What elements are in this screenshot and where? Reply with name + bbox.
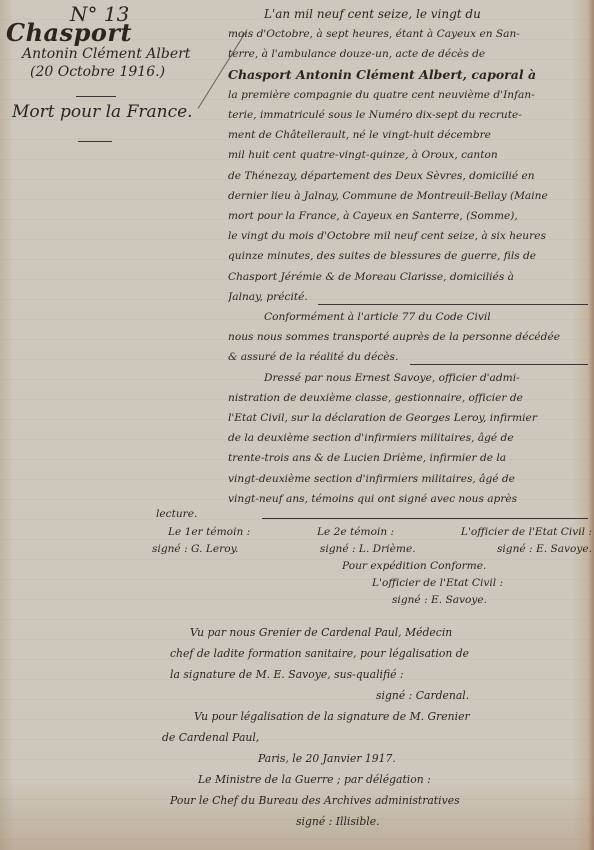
- dresse-line: de la deuxième section d'infirmiers mili…: [228, 428, 592, 448]
- legalisation-line: chef de ladite formation sanitaire, pour…: [150, 643, 594, 664]
- deceased-given-names: Antonin Clément Albert: [22, 46, 190, 62]
- body-line: de Thénezay, département des Deux Sèvres…: [228, 166, 592, 186]
- line-closer: [262, 518, 588, 519]
- document-page: N° 13 Chasport Antonin Clément Albert (2…: [0, 0, 594, 850]
- legalisation-block: Vu par nous Grenier de Cardenal Paul, Mé…: [150, 622, 594, 832]
- legalisation-line: la signature de M. E. Savoye, sus-qualif…: [150, 664, 594, 685]
- body-line: terie, immatriculé sous le Numéro dix-se…: [228, 105, 592, 125]
- conformement-line: Conformément à l'article 77 du Code Civi…: [228, 307, 592, 327]
- body-line: L'an mil neuf cent seize, le vingt du: [228, 4, 592, 24]
- dresse-line: Dressé par nous Ernest Savoye, officier …: [228, 368, 592, 388]
- legalisation-line: Vu pour légalisation de la signature de …: [150, 706, 594, 727]
- divider: [76, 96, 116, 97]
- page-edge: [588, 0, 594, 850]
- signature-block: Le 1er témoin : Le 2e témoin : L'officie…: [152, 524, 592, 609]
- body-line: le vingt du mois d'Octobre mil neuf cent…: [228, 226, 592, 246]
- body-line: quinze minutes, des suites de blessures …: [228, 246, 592, 266]
- legalisation-final-signature: signé : Illisible.: [150, 811, 594, 832]
- mort-pour-la-france-mention: Mort pour la France.: [12, 102, 193, 122]
- officer-title: L'officier de l'Etat Civil :: [461, 524, 592, 541]
- body-line: ment de Châtellerault, né le vingt-huit …: [228, 125, 592, 145]
- officer-signature: signé : E. Savoye.: [497, 541, 592, 558]
- witness2-title: Le 2e témoin :: [317, 524, 394, 541]
- officer2-title: L'officier de l'Etat Civil :: [152, 575, 592, 592]
- margin-annotation: N° 13 Chasport Antonin Clément Albert (2…: [0, 0, 225, 160]
- body-line: mois d'Octobre, à sept heures, étant à C…: [228, 24, 592, 44]
- expedition-conforme: Pour expédition Conforme.: [152, 558, 592, 575]
- witness1-signature: signé : G. Leroy.: [152, 541, 239, 558]
- body-line: mil huit cent quatre-vingt-quinze, à Oro…: [228, 145, 592, 165]
- body-line: mort pour la France, à Cayeux en Santerr…: [228, 206, 592, 226]
- legalisation-line: de Cardenal Paul,: [150, 727, 594, 748]
- dresse-line: vingt-deuxième section d'infirmiers mili…: [228, 469, 592, 489]
- body-line: terre, à l'ambulance douze-un, acte de d…: [228, 44, 592, 64]
- legalisation-place-date: Paris, le 20 Janvier 1917.: [150, 748, 594, 769]
- dresse-line: trente-trois ans & de Lucien Drième, inf…: [228, 448, 592, 468]
- body-line: la première compagnie du quatre cent neu…: [228, 85, 592, 105]
- line-closer: [318, 304, 588, 305]
- witness1-title: Le 1er témoin :: [152, 524, 250, 541]
- body-line-deceased-name: Chasport Antonin Clément Albert, caporal…: [228, 65, 592, 85]
- deceased-surname: Chasport: [6, 18, 132, 47]
- dresse-line-end: lecture.: [156, 508, 197, 520]
- legalisation-line: Le Ministre de la Guerre ; par délégatio…: [150, 769, 594, 790]
- legalisation-line: Pour le Chef du Bureau des Archives admi…: [150, 790, 594, 811]
- officer2-signature: signé : E. Savoye.: [152, 592, 592, 609]
- conformement-line: nous nous sommes transporté auprès de la…: [228, 327, 592, 347]
- dresse-line: vingt-neuf ans, témoins qui ont signé av…: [228, 489, 592, 509]
- legalisation-line: Vu par nous Grenier de Cardenal Paul, Mé…: [150, 622, 594, 643]
- body-line: Chasport Jérémie & de Moreau Clarisse, d…: [228, 267, 592, 287]
- act-body: L'an mil neuf cent seize, le vingt du mo…: [228, 4, 592, 509]
- dresse-line: nistration de deuxième classe, gestionna…: [228, 388, 592, 408]
- divider: [78, 141, 112, 142]
- dresse-line: l'Etat Civil, sur la déclaration de Geor…: [228, 408, 592, 428]
- body-line: dernier lieu à Jalnay, Commune de Montre…: [228, 186, 592, 206]
- death-date: (20 Octobre 1916.): [30, 64, 165, 80]
- line-closer: [410, 364, 588, 365]
- legalisation-signature: signé : Cardenal.: [150, 685, 594, 706]
- witness2-signature: signé : L. Drième.: [320, 541, 416, 558]
